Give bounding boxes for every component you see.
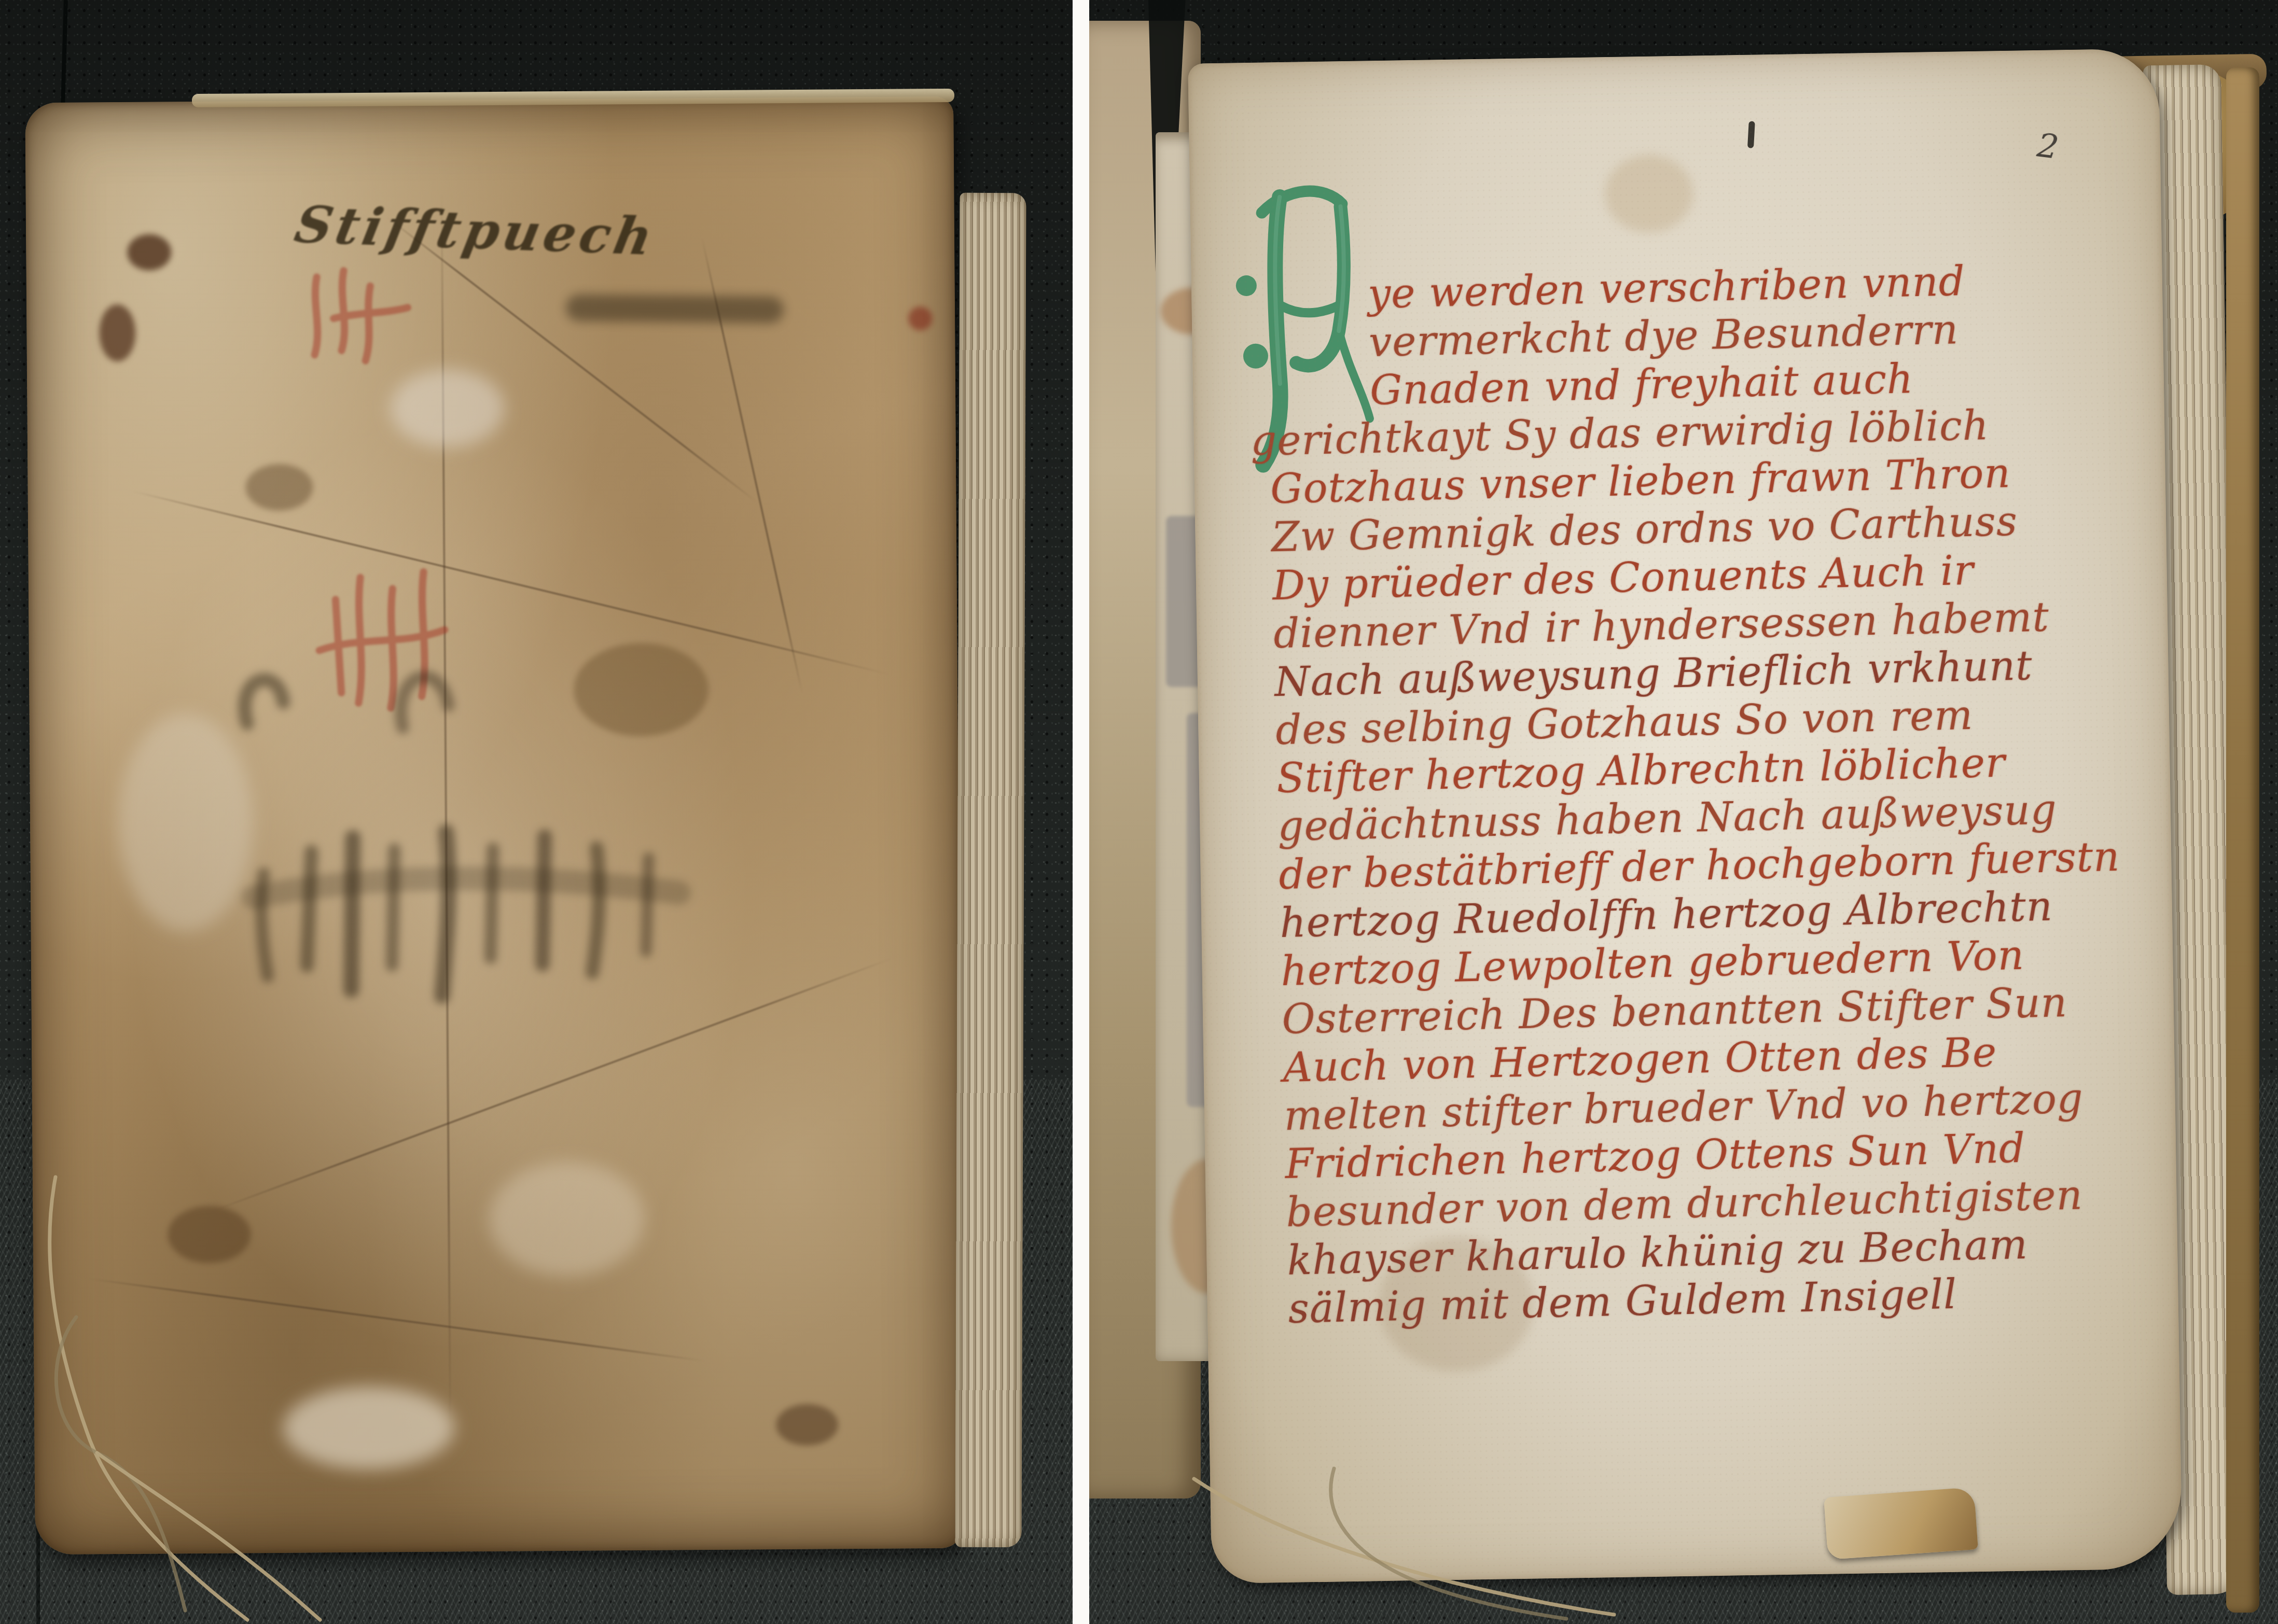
shine-highlight [117, 713, 254, 932]
shine-highlight [283, 1386, 455, 1470]
torn-corner-fragment [1824, 1487, 1978, 1560]
shine-highlight [489, 1161, 646, 1277]
cover-crease [132, 490, 889, 675]
text-line: des selbing Gotzhaus So von rem [1275, 689, 2118, 755]
faded-inscription [200, 647, 867, 1014]
stain [245, 464, 313, 511]
text-line: khayser kharulo khünig zu Becham [1287, 1220, 2129, 1286]
page-stain [1604, 154, 1693, 233]
text-line: sälmig mit dem Guldem Insigell [1288, 1268, 2130, 1334]
text-line: Fridrichen hertzog Ottens Sun Vnd [1285, 1123, 2127, 1189]
red-ink-scribbles [285, 255, 512, 775]
cover-title: Stifftpuech [290, 195, 661, 267]
text-line: gedächtnuss haben Nach außweysug [1277, 786, 2120, 852]
decorated-initial-icon [1230, 174, 1376, 487]
binding-side-rim [2226, 67, 2259, 1613]
text-line: Stifter hertzog Albrechtn löblicher [1276, 737, 2119, 804]
manuscript-scan: Stifftpuech [0, 0, 2278, 1624]
manuscript-text: ye werden verschriben vnnd vermerkcht dy… [1266, 255, 2130, 1334]
cover-photo: Stifftpuech [0, 0, 1073, 1624]
text-line: Osterreich Des benantten Stifter Sun [1282, 978, 2124, 1045]
stain [99, 304, 136, 361]
ink-blot [1747, 121, 1755, 148]
page-block-edge [955, 193, 1026, 1547]
page-number: 2 [2035, 127, 2061, 167]
manuscript-page: 2 ye werden vers [1188, 48, 2183, 1584]
page-stain [1378, 1236, 1535, 1373]
page-photo: 2 ye werden vers [1089, 0, 2278, 1624]
stain [776, 1404, 839, 1446]
shine-highlight [390, 369, 505, 448]
text-line: Gotzhaus vnser lieben frawn Thron [1270, 448, 2112, 514]
text-line: Auch von Hertzogen Otten des Be [1283, 1027, 2125, 1093]
text-line: ye werden verschriben vnnd [1367, 255, 2108, 319]
stain [127, 234, 171, 271]
book-cover: Stifftpuech [25, 96, 964, 1555]
text-line: besunder von dem durchleuchtigisten [1286, 1171, 2128, 1238]
red-stain [908, 306, 932, 330]
text-line: Gnaden vnd freyhait auch [1369, 352, 2110, 416]
text-line: der bestätbrieff der hochgeborn fuerstn [1279, 834, 2121, 900]
title-smear [566, 294, 784, 323]
text-line: hertzog Ruedolffn hertzog Albrechtn [1280, 882, 2122, 948]
text-line: vermerkcht dye Besunderrn [1368, 303, 2109, 368]
text-line: Dy prüeder des Conuents Auch ir [1272, 544, 2114, 611]
text-line: melten stifter brueder Vnd vo hertzog [1284, 1075, 2126, 1141]
photo-divider [1073, 0, 1089, 1624]
text-line: Nach außweysung Brieflich vrkhunt [1274, 641, 2116, 707]
stain [168, 1206, 251, 1263]
stain [574, 642, 709, 737]
text-line: dienner Vnd ir hyndersessen habemt [1273, 593, 2115, 659]
text-line: Zw Gemnigk des ordns vo Carthuss [1271, 496, 2113, 563]
cover-crease [88, 1278, 705, 1362]
text-line: hertzog Lewpolten gebruedern Von [1281, 930, 2123, 997]
text-line: gerichtkayt Sy das erwirdig löblich [1250, 400, 2111, 467]
